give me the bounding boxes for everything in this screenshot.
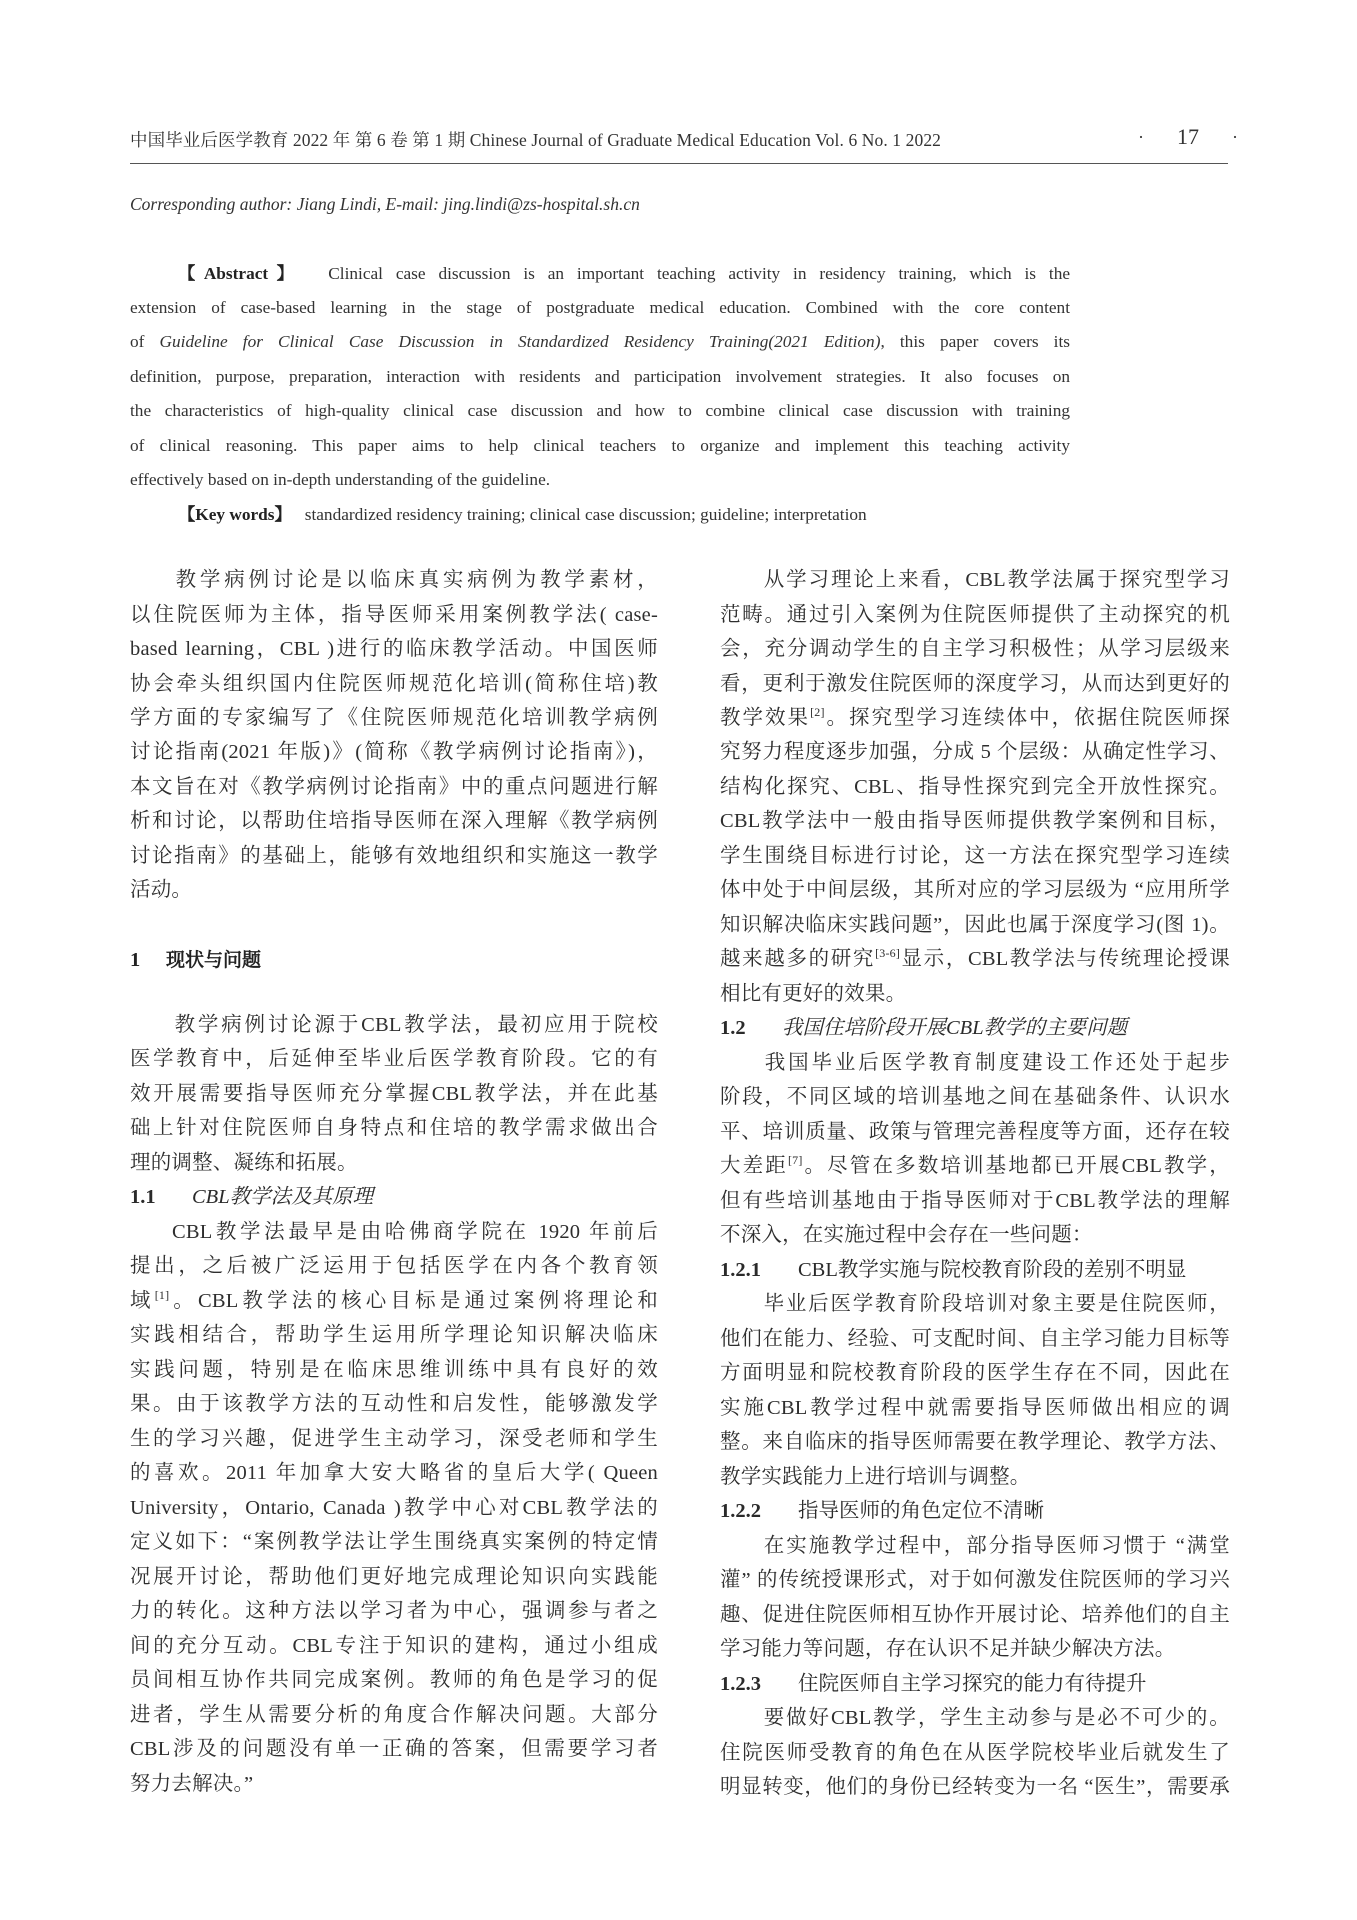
body-line: 整。来自临床的指导医师需要在教学理论、教学方法、	[720, 1430, 1230, 1454]
page-number-block: · 17 ·	[1138, 124, 1238, 150]
corresponding-author: Corresponding author: Jiang Lindi, E-mai…	[130, 194, 640, 215]
page-number: 17	[1177, 124, 1199, 150]
abstract-line: definition, purpose, preparation, intera…	[130, 367, 1070, 387]
body-line: 知识解决临床实践问题”，因此也属于深度学习(图 1)。	[720, 913, 1230, 937]
abstract-label: 【Abstract】	[178, 264, 303, 283]
keywords-line: 【Key words】 standardized residency train…	[178, 505, 1118, 525]
header-rule	[130, 163, 1228, 164]
dot-separator-right: ·	[1232, 127, 1238, 148]
body-line: 的喜欢。2011 年加拿大安大略省的皇后大学( Queen	[130, 1461, 658, 1485]
body-line: CBL教学法中一般由指导医师提供教学案例和目标，	[720, 809, 1230, 833]
body-line: 员间相互协作共同完成案例。教师的角色是学习的促	[130, 1668, 658, 1692]
body-line: 析和讨论，以帮助住培指导医师在深入理解《教学病例	[130, 809, 658, 833]
body-line: 果。由于该教学方法的互动性和启发性，能够激发学	[130, 1392, 658, 1416]
body-line: 医学教育中，后延伸至毕业后医学教育阶段。它的有	[130, 1047, 658, 1071]
body-line: 讨论指南(2021 年版)》(简称《教学病例讨论指南》)，	[130, 740, 658, 764]
body-line: CBL教学法最早是由哈佛商学院在 1920 年前后	[130, 1220, 658, 1244]
citation: [3-6]	[875, 946, 900, 960]
abstract-line: the characteristics of high-quality clin…	[130, 401, 1070, 421]
citation: [2]	[810, 705, 825, 719]
body-line: 相比有更好的效果。	[720, 982, 1230, 1006]
body-line: 教学病例讨论是以临床真实病例为教学素材，	[130, 568, 658, 592]
body-line: 教学病例讨论源于CBL教学法，最初应用于院校	[130, 1013, 658, 1037]
body-line: 提出，之后被广泛运用于包括医学在内各个教育领	[130, 1254, 658, 1278]
abstract-line: effectively based on in-depth understand…	[130, 470, 1070, 490]
body-line: 灌” 的传统授课形式，对于如何激发住院医师的学习兴	[720, 1568, 1230, 1592]
body-line: 平、培训质量、政策与管理完善程度等方面，还存在较	[720, 1120, 1230, 1144]
body-line: 进者，学生从需要分析的角度合作解决问题。大部分	[130, 1703, 658, 1727]
body-line: 趣、促进住院医师相互协作开展讨论、培养他们的自主	[720, 1603, 1230, 1627]
body-line: 实践问题，特别是在临床思维训练中具有良好的效	[130, 1358, 658, 1382]
section-heading-1-1: 1.1CBL教学法及其原理	[130, 1185, 373, 1209]
body-line: 会，充分调动学生的自主学习积极性；从学习层级来	[720, 637, 1230, 661]
body-line: 结构化探究、CBL、指导性探究到完全开放性探究。	[720, 775, 1230, 799]
citation: [1]	[155, 1288, 170, 1302]
body-line: 范畴。通过引入案例为住院医师提供了主动探究的机	[720, 603, 1230, 627]
body-line: 实施CBL教学过程中就需要指导医师做出相应的调	[720, 1396, 1230, 1420]
body-line: 他们在能力、经验、可支配时间、自主学习能力目标等	[720, 1327, 1230, 1351]
body-line: 看，更利于激发住院医师的深度学习，从而达到更好的	[720, 672, 1230, 696]
body-line: 况展开讨论，帮助他们更好地完成理论知识向实践能	[130, 1565, 658, 1589]
guideline-title: Guideline for Clinical Case Discussion i…	[160, 332, 881, 351]
body-line: 学生围绕目标进行讨论，这一方法在探究型学习连续	[720, 844, 1230, 868]
body-line: 要做好CBL教学，学生主动参与是必不可少的。	[720, 1706, 1230, 1730]
body-line: 实践相结合，帮助学生运用所学理论知识解决临床	[130, 1323, 658, 1347]
body-line: 教学实践能力上进行培训与调整。	[720, 1465, 1230, 1489]
body-line: 学方面的专家编写了《住院医师规范化培训教学病例	[130, 706, 658, 730]
body-line: 努力去解决。”	[130, 1772, 658, 1796]
body-line: 以住院医师为主体，指导医师采用案例教学法( case-	[130, 603, 658, 627]
body-line: 体中处于中间层级，其所对应的学习层级为 “应用所学	[720, 878, 1230, 902]
body-line: 在实施教学过程中，部分指导医师习惯于 “满堂	[720, 1534, 1230, 1558]
body-line: 教学效果[2]。探究型学习连续体中，依据住院医师探	[720, 706, 1230, 730]
body-line: 协会牵头组织国内住院医师规范化培训(简称住培)教	[130, 672, 658, 696]
body-line: 讨论指南》的基础上，能够有效地组织和实施这一教学	[130, 844, 658, 868]
body-line: 我国毕业后医学教育制度建设工作还处于起步	[720, 1051, 1230, 1075]
body-line: 础上针对住院医师自身特点和住培的教学需求做出合	[130, 1116, 658, 1140]
keywords: standardized residency training; clinica…	[305, 505, 867, 524]
body-line: 生的学习兴趣，促进学生主动学习，深受老师和学生	[130, 1427, 658, 1451]
body-line: 究努力程度逐步加强，分成 5 个层级：从确定性学习、	[720, 740, 1230, 764]
abstract-line: extension of case-based learning in the …	[130, 298, 1070, 318]
body-line: 从学习理论上来看，CBL教学法属于探究型学习	[720, 568, 1230, 592]
body-line: University，Ontario, Canada )教学中心对CBL教学法的	[130, 1496, 658, 1520]
body-line: 间的充分互动。CBL专注于知识的建构，通过小组成	[130, 1634, 658, 1658]
body-line: 活动。	[130, 878, 658, 902]
body-line: 定义如下：“案例教学法让学生围绕真实案例的特定情	[130, 1530, 658, 1554]
citation: [7]	[788, 1153, 803, 1167]
body-line: 效开展需要指导医师充分掌握CBL教学法，并在此基	[130, 1082, 658, 1106]
abstract-line: of clinical reasoning. This paper aims t…	[130, 436, 1070, 456]
abstract-line: 【Abstract】 Clinical case discussion is a…	[178, 264, 1070, 284]
keywords-label: 【Key words】	[178, 505, 292, 524]
body-line: 住院医师受教育的角色在从医学院校毕业后就发生了	[720, 1741, 1230, 1765]
body-line: 学习能力等问题，存在认识不足并缺少解决方法。	[720, 1637, 1230, 1661]
body-line: 大差距[7]。尽管在多数培训基地都已开展CBL教学，	[720, 1154, 1230, 1178]
section-heading-1-2-1: 1.2.1CBL教学实施与院校教育阶段的差别不明显	[720, 1258, 1186, 1282]
body-line: 但有些培训基地由于指导医师对于CBL教学法的理解	[720, 1189, 1230, 1213]
section-heading-1-2-3: 1.2.3住院医师自主学习探究的能力有待提升	[720, 1672, 1147, 1696]
body-line: 明显转变，他们的身份已经转变为一名 “医生”，需要承	[720, 1775, 1230, 1799]
body-line: 力的转化。这种方法以学习者为中心，强调参与者之	[130, 1599, 658, 1623]
body-line: 域[1]。CBL教学法的核心目标是通过案例将理论和	[130, 1289, 658, 1313]
abstract-line: of Guideline for Clinical Case Discussio…	[130, 332, 1070, 352]
section-heading-1-2-2: 1.2.2指导医师的角色定位不清晰	[720, 1499, 1044, 1523]
running-header: 中国毕业后医学教育 2022 年 第 6 卷 第 1 期 Chinese Jou…	[130, 127, 941, 152]
body-line: 越来越多的研究[3-6]显示，CBL教学法与传统理论授课	[720, 947, 1230, 971]
body-line: based learning，CBL )进行的临床教学活动。中国医师	[130, 637, 658, 661]
body-line: 毕业后医学教育阶段培训对象主要是住院医师，	[720, 1292, 1230, 1316]
section-heading-1-2: 1.2我国住培阶段开展CBL教学的主要问题	[720, 1016, 1127, 1040]
body-line: 不深入，在实施过程中会存在一些问题：	[720, 1223, 1230, 1247]
section-heading-1: 1现状与问题	[130, 948, 261, 972]
dot-separator-left: ·	[1138, 127, 1144, 148]
body-line: CBL涉及的问题没有单一正确的答案，但需要学习者	[130, 1737, 658, 1761]
body-line: 本文旨在对《教学病例讨论指南》中的重点问题进行解	[130, 775, 658, 799]
body-line: 理的调整、凝练和拓展。	[130, 1151, 658, 1175]
body-line: 方面明显和院校教育阶段的医学生存在不同，因此在	[720, 1361, 1230, 1385]
body-line: 阶段，不同区域的培训基地之间在基础条件、认识水	[720, 1085, 1230, 1109]
